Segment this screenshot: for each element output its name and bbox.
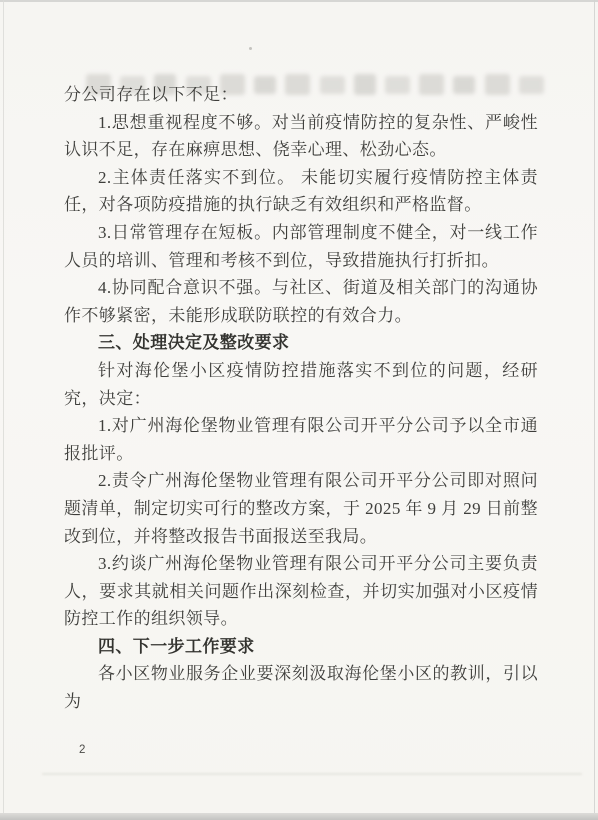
deficiency-item-3: 3.日常管理存在短板。内部管理制度不健全，对一线工作人员的培训、管理和考核不到位… [64,219,538,274]
scan-speck-artifact [249,47,252,50]
decision-item-3: 3.约谈广州海伦堡物业管理有限公司开平分公司主要负责人，要求其就相关问题作出深刻… [64,550,538,633]
scan-edge-bottom [0,813,598,820]
scan-edge-top [0,0,598,2]
scan-smudge-line [42,773,582,775]
continuation-line: 分公司存在以下不足： [64,81,538,109]
scan-edge-right [594,0,595,820]
section-heading-3: 三、处理决定及整改要求 [64,329,538,357]
page-number: 2 [79,744,86,756]
section-3-lead: 针对海伦堡小区疫情防控措施落实不到位的问题，经研究，决定： [64,357,538,412]
deficiency-item-4: 4.协同配合意识不强。与社区、街道及相关部门的沟通协作不够紧密，未能形成联防联控… [64,274,538,329]
decision-item-1: 1.对广州海伦堡物业管理有限公司开平分公司予以全市通报批评。 [64,412,538,467]
deficiency-item-2: 2.主体责任落实不到位。 未能切实履行疫情防控主体责任，对各项防疫措施的执行缺乏… [64,164,538,219]
scan-edge-left [3,0,4,820]
section-4-lead: 各小区物业服务企业要深刻汲取海伦堡小区的教训，引以为 [64,660,538,715]
document-body: 分公司存在以下不足： 1.思想重视程度不够。对当前疫情防控的复杂性、严峻性认识不… [64,81,538,716]
scanned-document-page: { "document": { "page_number": "2", "col… [0,0,598,820]
decision-item-2: 2.责令广州海伦堡物业管理有限公司开平分公司即对照问题清单，制定切实可行的整改方… [64,467,538,550]
deficiency-item-1: 1.思想重视程度不够。对当前疫情防控的复杂性、严峻性认识不足，存在麻痹思想、侥幸… [64,109,538,164]
section-heading-4: 四、下一步工作要求 [64,633,538,661]
